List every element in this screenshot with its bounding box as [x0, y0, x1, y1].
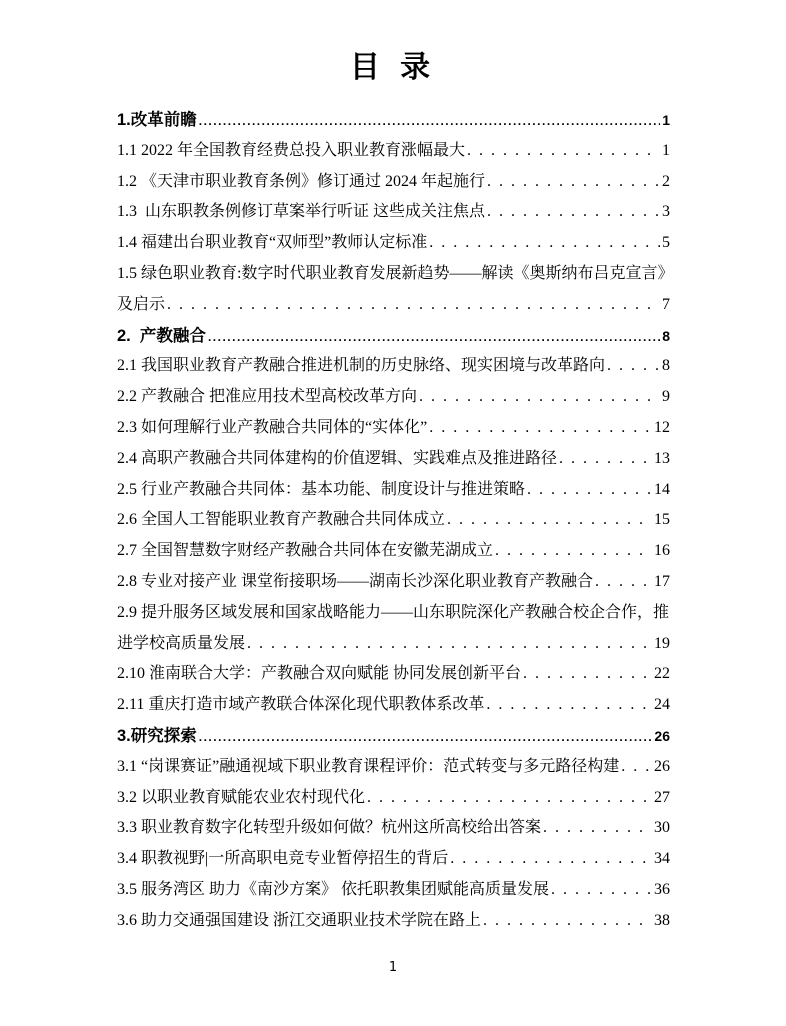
toc-entry-text: 1.5 绿色职业教育:数字时代职业教育发展新趋势——解读《奥斯纳布吕克宣言》 [117, 259, 673, 290]
dot-leader [429, 413, 652, 444]
toc-entry-page: 26 [654, 752, 670, 783]
toc-entry: 进学校高质量发展 19 [117, 629, 670, 660]
toc-entry-text: 3.5 服务湾区 助力《南沙方案》 依托职教集团赋能高质量发展 [117, 875, 549, 906]
dot-leader [419, 382, 660, 413]
toc-entry: 2.4 高职产教融合共同体建构的价值逻辑、实践难点及推进路径 13 [117, 444, 670, 475]
toc-entry-page: 16 [654, 536, 670, 567]
toc-entry: 3.4 职教视野|一所高职电竞专业暂停招生的背后 34 [117, 844, 670, 875]
toc-entry-text: 2.10 淮南联合大学：产教融合双向赋能 协同发展创新平台 [117, 659, 521, 690]
toc-entry-page: 8 [662, 321, 670, 352]
toc-entry: 3.3 职业教育数字化转型升级如何做？杭州这所高校给出答案 30 [117, 813, 670, 844]
toc-entry-page: 30 [654, 813, 670, 844]
toc-entry-text: 2.7 全国智慧数字财经产教融合共同体在安徽芜湖成立 [117, 536, 493, 567]
dot-leader [487, 167, 660, 198]
toc-entry-page: 8 [662, 351, 670, 382]
toc-entry: 2.2 产教融合 把准应用技术型高校改革方向 9 [117, 382, 670, 413]
toc-entry-text: 2.9 提升服务区域发展和国家战略能力——山东职院深化产教融合校企合作，推 [117, 598, 669, 629]
dot-leader [559, 444, 652, 475]
toc-entry-text: 3.4 职教视野|一所高职电竞专业暂停招生的背后 [117, 844, 448, 875]
toc-entry-text: 1.3 山东职教条例修订草案举行听证 这些成关注焦点 [117, 197, 485, 228]
toc-entry-text: 3.3 职业教育数字化转型升级如何做？杭州这所高校给出答案 [117, 813, 541, 844]
toc-entry: 1.5 绿色职业教育:数字时代职业教育发展新趋势——解读《奥斯纳布吕克宣言》 [117, 259, 670, 290]
toc-entry: 2.10 淮南联合大学：产教融合双向赋能 协同发展创新平台 22 [117, 659, 670, 690]
toc-entry-text: 2.5 行业产教融合共同体：基本功能、制度设计与推进策略 [117, 475, 525, 506]
toc-entry-text: 1.2 《天津市职业教育条例》修订通过 2024 年起施行 [117, 167, 485, 198]
toc-entry-page: 3 [662, 197, 670, 228]
toc-entry-page: 17 [654, 567, 670, 598]
toc-entry: 2.3 如何理解行业产教融合共同体的“实体化” 12 [117, 413, 670, 444]
dot-leader [495, 536, 652, 567]
toc-entry-page: 38 [654, 906, 670, 937]
toc-entry: 2.1 我国职业教育产教融合推进机制的历史脉络、现实困境与改革路向 8 [117, 351, 670, 382]
toc-entry-text: 及启示 [117, 290, 165, 321]
dot-leader [167, 290, 660, 321]
toc-entry: 3.6 助力交通强国建设 浙江交通职业技术学院在路上 38 [117, 906, 670, 937]
toc-entry-page: 12 [654, 413, 670, 444]
toc-entry-text: 2.4 高职产教融合共同体建构的价值逻辑、实践难点及推进路径 [117, 444, 557, 475]
toc-entry-text: 进学校高质量发展 [117, 629, 245, 660]
toc-entry-text: 2.6 全国人工智能职业教育产教融合共同体成立 [117, 505, 445, 536]
toc-entry-text: 3.2 以职业教育赋能农业农村现代化 [117, 783, 365, 814]
dot-leader [208, 321, 660, 353]
toc-entry-page: 34 [654, 844, 670, 875]
toc-entry-text: 3.6 助力交通强国建设 浙江交通职业技术学院在路上 [117, 906, 481, 937]
toc-entry-text: 3.研究探索 [117, 721, 197, 752]
dot-leader [595, 567, 652, 598]
dot-leader [607, 351, 660, 382]
toc-entry: 3.2 以职业教育赋能农业农村现代化 27 [117, 783, 670, 814]
toc-entry-text: 2.2 产教融合 把准应用技术型高校改革方向 [117, 382, 417, 413]
toc-entry: 2.11 重庆打造市域产教联合体深化现代职教体系改革 24 [117, 690, 670, 721]
dot-leader [367, 783, 652, 814]
toc-entry: 1.2 《天津市职业教育条例》修订通过 2024 年起施行 2 [117, 167, 670, 198]
dot-leader [486, 690, 652, 721]
toc-entry-text: 2.3 如何理解行业产教融合共同体的“实体化” [117, 413, 427, 444]
dot-leader [467, 136, 660, 167]
toc-entry-page: 19 [654, 629, 670, 660]
toc-entry-page: 14 [654, 475, 670, 506]
dot-leader [621, 752, 652, 783]
toc-entry-text: 2. 产教融合 [117, 321, 206, 352]
toc-entry: 1.4 福建出台职业教育“双师型”教师认定标准 5 [117, 228, 670, 259]
toc-entry-page: 9 [662, 382, 670, 413]
toc-entry-page: 15 [654, 505, 670, 536]
dot-leader [429, 228, 660, 259]
toc-entry: 1.1 2022 年全国教育经费总投入职业教育涨幅最大 1 [117, 136, 670, 167]
toc-entry: 2.9 提升服务区域发展和国家战略能力——山东职院深化产教融合校企合作，推 [117, 598, 670, 629]
toc-list: 1.改革前瞻 1 1.1 2022 年全国教育经费总投入职业教育涨幅最大 1 1… [117, 105, 670, 937]
toc-entry-page: 27 [654, 783, 670, 814]
toc-entry-page: 13 [654, 444, 670, 475]
toc-entry: 1.3 山东职教条例修订草案举行听证 这些成关注焦点 3 [117, 197, 670, 228]
toc-entry-page: 26 [654, 721, 670, 752]
toc-entry-page: 7 [662, 290, 670, 321]
dot-leader [527, 475, 652, 506]
toc-entry: 3.1 “岗课赛证”融通视域下职业教育课程评价：范式转变与多元路径构建 26 [117, 752, 670, 783]
toc-entry: 2.5 行业产教融合共同体：基本功能、制度设计与推进策略 14 [117, 475, 670, 506]
toc-entry: 2. 产教融合 8 [117, 321, 670, 352]
toc-entry: 及启示 7 [117, 290, 670, 321]
dot-leader [199, 105, 660, 137]
toc-entry-page: 22 [654, 659, 670, 690]
dot-leader [447, 505, 652, 536]
toc-entry-page: 24 [654, 690, 670, 721]
toc-entry-text: 1.1 2022 年全国教育经费总投入职业教育涨幅最大 [117, 136, 465, 167]
document-page: 目 录 1.改革前瞻 1 1.1 2022 年全国教育经费总投入职业教育涨幅最大… [0, 0, 786, 1026]
dot-leader [247, 629, 652, 660]
toc-entry-page: 1 [662, 136, 670, 167]
toc-entry-text: 2.1 我国职业教育产教融合推进机制的历史脉络、现实困境与改革路向 [117, 351, 605, 382]
dot-leader [551, 875, 652, 906]
toc-entry-text: 1.改革前瞻 [117, 105, 197, 136]
dot-leader [199, 721, 653, 753]
toc-entry-text: 2.11 重庆打造市域产教联合体深化现代职教体系改革 [117, 690, 484, 721]
toc-entry: 3.研究探索 26 [117, 721, 670, 752]
toc-entry-text: 3.1 “岗课赛证”融通视域下职业教育课程评价：范式转变与多元路径构建 [117, 752, 619, 783]
toc-entry: 2.7 全国智慧数字财经产教融合共同体在安徽芜湖成立 16 [117, 536, 670, 567]
footer-page-number: 1 [0, 960, 786, 975]
dot-leader [483, 906, 652, 937]
toc-entry-page: 1 [662, 105, 670, 136]
toc-entry-page: 5 [662, 228, 670, 259]
dot-leader [450, 844, 652, 875]
page-title: 目 录 [0, 42, 786, 86]
toc-entry: 3.5 服务湾区 助力《南沙方案》 依托职教集团赋能高质量发展 36 [117, 875, 670, 906]
toc-entry-text: 1.4 福建出台职业教育“双师型”教师认定标准 [117, 228, 427, 259]
dot-leader [487, 197, 660, 228]
toc-entry-page: 2 [662, 167, 670, 198]
dot-leader [543, 813, 652, 844]
toc-entry: 2.8 专业对接产业 课堂衔接职场——湖南长沙深化职业教育产教融合 17 [117, 567, 670, 598]
toc-entry-text: 2.8 专业对接产业 课堂衔接职场——湖南长沙深化职业教育产教融合 [117, 567, 593, 598]
dot-leader [523, 659, 652, 690]
toc-entry: 2.6 全国人工智能职业教育产教融合共同体成立 15 [117, 505, 670, 536]
toc-entry: 1.改革前瞻 1 [117, 105, 670, 136]
toc-entry-page: 36 [654, 875, 670, 906]
